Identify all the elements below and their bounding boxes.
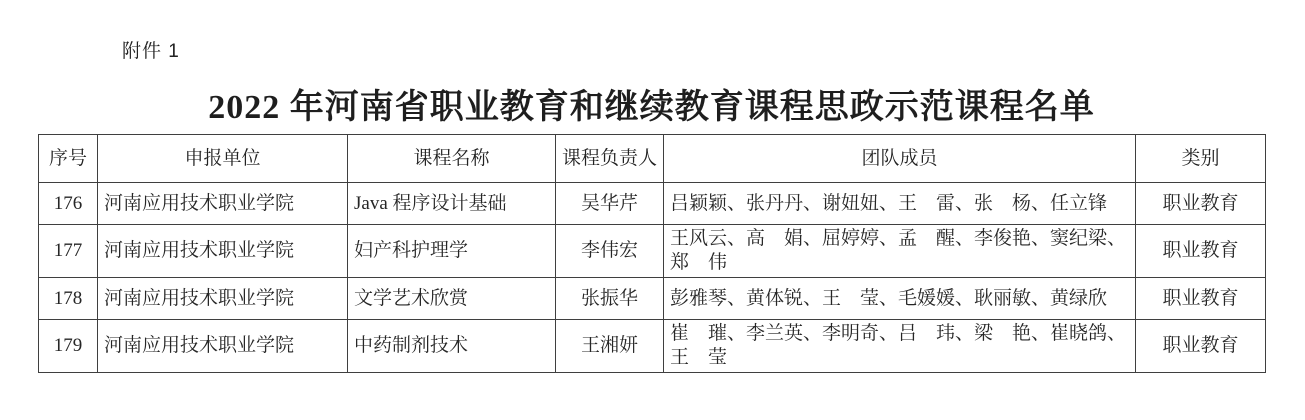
attachment-label: 附件 1	[122, 36, 180, 63]
header-course: 课程名称	[348, 135, 556, 183]
header-category: 类别	[1136, 135, 1266, 183]
cell-category: 职业教育	[1136, 183, 1266, 225]
document-page: 附件 1 2022 年河南省职业教育和继续教育课程思政示范课程名单 序号 申报单…	[0, 0, 1305, 420]
cell-leader: 王湘妍	[556, 320, 664, 373]
cell-course: 妇产科护理学	[348, 225, 556, 278]
header-unit: 申报单位	[98, 135, 348, 183]
header-leader: 课程负责人	[556, 135, 664, 183]
table-row: 178 河南应用技术职业学院 文学艺术欣赏 张振华 彭雅琴、黄体锐、王 莹、毛媛…	[39, 278, 1266, 320]
table-row: 177 河南应用技术职业学院 妇产科护理学 李伟宏 王风云、高 娟、屈婷婷、孟 …	[39, 225, 1266, 278]
cell-team: 崔 璀、李兰英、李明奇、吕 玮、梁 艳、崔晓鸽、王 莹	[664, 320, 1136, 373]
header-team: 团队成员	[664, 135, 1136, 183]
cell-category: 职业教育	[1136, 225, 1266, 278]
cell-unit: 河南应用技术职业学院	[98, 320, 348, 373]
cell-team: 王风云、高 娟、屈婷婷、孟 醒、李俊艳、窦纪梁、郑 伟	[664, 225, 1136, 278]
cell-team: 吕颖颖、张丹丹、谢妞妞、王 雷、张 杨、任立锋	[664, 183, 1136, 225]
cell-team: 彭雅琴、黄体锐、王 莹、毛媛媛、耿丽敏、黄绿欣	[664, 278, 1136, 320]
course-table: 序号 申报单位 课程名称 课程负责人 团队成员 类别 176 河南应用技术职业学…	[38, 134, 1266, 373]
cell-serial: 179	[39, 320, 98, 373]
cell-serial: 178	[39, 278, 98, 320]
table-header-row: 序号 申报单位 课程名称 课程负责人 团队成员 类别	[39, 135, 1266, 183]
cell-leader: 张振华	[556, 278, 664, 320]
cell-unit: 河南应用技术职业学院	[98, 183, 348, 225]
cell-leader: 吴华芹	[556, 183, 664, 225]
cell-course: Java 程序设计基础	[348, 183, 556, 225]
cell-category: 职业教育	[1136, 278, 1266, 320]
cell-serial: 177	[39, 225, 98, 278]
table-row: 176 河南应用技术职业学院 Java 程序设计基础 吴华芹 吕颖颖、张丹丹、谢…	[39, 183, 1266, 225]
cell-category: 职业教育	[1136, 320, 1266, 373]
cell-course: 文学艺术欣赏	[348, 278, 556, 320]
title-container: 2022 年河南省职业教育和继续教育课程思政示范课程名单	[38, 79, 1265, 128]
page-title: 2022 年河南省职业教育和继续教育课程思政示范课程名单	[208, 79, 1095, 128]
cell-course: 中药制剂技术	[348, 320, 556, 373]
table-row: 179 河南应用技术职业学院 中药制剂技术 王湘妍 崔 璀、李兰英、李明奇、吕 …	[39, 320, 1266, 373]
cell-leader: 李伟宏	[556, 225, 664, 278]
cell-serial: 176	[39, 183, 98, 225]
cell-unit: 河南应用技术职业学院	[98, 225, 348, 278]
header-serial: 序号	[39, 135, 98, 183]
cell-unit: 河南应用技术职业学院	[98, 278, 348, 320]
